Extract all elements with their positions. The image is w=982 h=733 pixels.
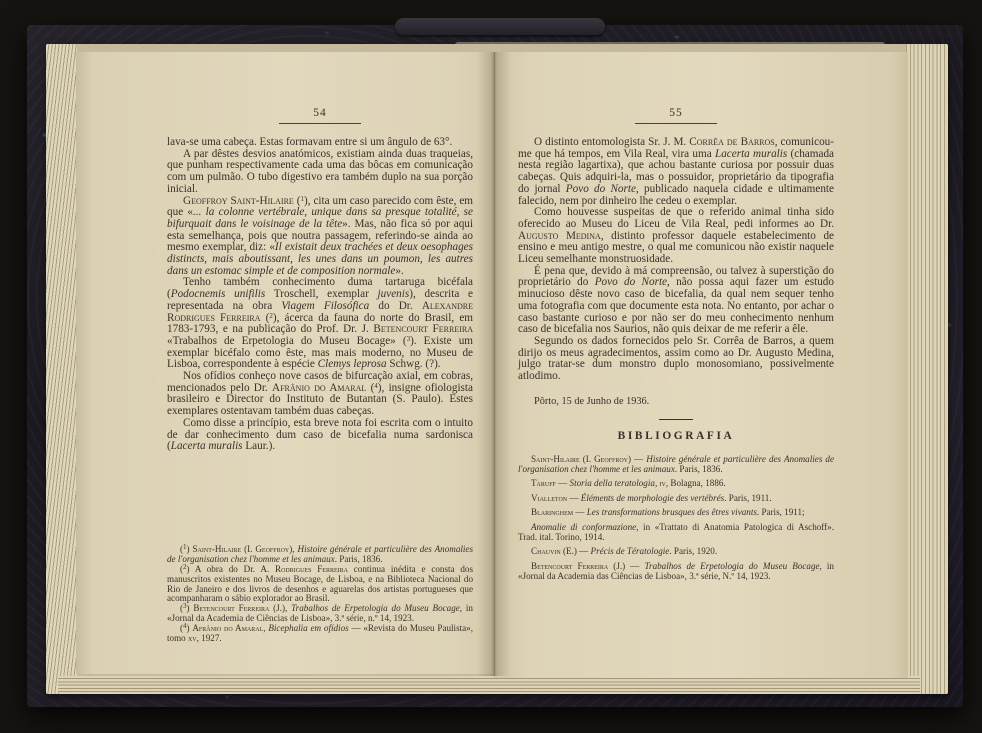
paragraph: Nos ofídios conheço nove casos de bifurc… bbox=[167, 371, 473, 418]
bibliography-title: BIBLIOGRAFIA bbox=[518, 430, 834, 442]
left-page-number-rule bbox=[279, 123, 361, 124]
footnote: (4) Afrânio do Amaral, Bicephalia em ofí… bbox=[167, 624, 473, 644]
paragraph: Tenho também conhecimento duma tartaruga… bbox=[167, 277, 473, 371]
bibliography-list: Saint-Hilaire (I. Geoffroy) — Histoire g… bbox=[518, 454, 834, 581]
dateline: Pôrto, 15 de Junho de 1936. bbox=[518, 396, 834, 407]
bibliography-entry: Taruff — Storia della teratologia, iv, B… bbox=[518, 478, 834, 488]
page-stack-bottom-edge bbox=[58, 676, 920, 694]
left-page-footnotes: (1) Saint-Hilaire (I. Geoffroy), Histoir… bbox=[167, 545, 473, 644]
footnote: (2) A obra do Dr. A. Rodrigues Ferreira … bbox=[167, 565, 473, 605]
photo-background: 54 lava-se uma cabeça. Estas formavam en… bbox=[0, 0, 982, 733]
bibliography-entry: Betencourt Ferreira (J.) — Trabalhos de … bbox=[518, 561, 834, 581]
right-page-column: O distinto entomologista Sr. J. M. Corrê… bbox=[518, 137, 834, 585]
left-page-header: 54 bbox=[167, 103, 473, 124]
right-page-body: O distinto entomologista Sr. J. M. Corrê… bbox=[518, 137, 834, 383]
footnote: (3) Betencourt Ferreira (J.), Trabalhos … bbox=[167, 604, 473, 624]
paragraph: Como disse a princípio, esta breve nota … bbox=[167, 418, 473, 453]
right-page-number: 55 bbox=[669, 107, 683, 119]
footnote: (1) Saint-Hilaire (I. Geoffroy), Histoir… bbox=[167, 545, 473, 565]
bibliography-entry: Blaringhem — Les transformations brusque… bbox=[518, 507, 834, 517]
bibliography-entry: Vialleton — Éléments de morphologie des … bbox=[518, 493, 834, 503]
book-spine-top bbox=[395, 18, 605, 35]
paragraph: O distinto entomologista Sr. J. M. Corrê… bbox=[518, 137, 834, 207]
bibliography-divider-rule bbox=[659, 419, 693, 420]
bibliography-entry: Saint-Hilaire (I. Geoffroy) — Histoire g… bbox=[518, 454, 834, 474]
bibliography-entry: Chauvin (E.) — Précis de Tératologie. Pa… bbox=[518, 546, 834, 556]
paragraph: Segundo os dados fornecidos pelo Sr. Cor… bbox=[518, 336, 834, 383]
right-page-header: 55 bbox=[518, 103, 834, 124]
bibliography-entry: Anomalie di conformazione, in «Trattato … bbox=[518, 522, 834, 542]
paragraph: É pena que, devido à má compreensão, ou … bbox=[518, 266, 834, 336]
paragraph: Geoffroy Saint-Hilaire (1), cita um caso… bbox=[167, 196, 473, 278]
paragraph: A par dêstes desvios anatómicos, existia… bbox=[167, 149, 473, 196]
left-page-column: lava-se uma cabeça. Estas formavam entre… bbox=[167, 137, 473, 644]
left-page-number: 54 bbox=[313, 107, 327, 119]
left-page-body: lava-se uma cabeça. Estas formavam entre… bbox=[167, 137, 473, 453]
paragraph: Como houvesse suspeitas de que o referid… bbox=[518, 207, 834, 266]
right-page-number-rule bbox=[635, 123, 717, 124]
